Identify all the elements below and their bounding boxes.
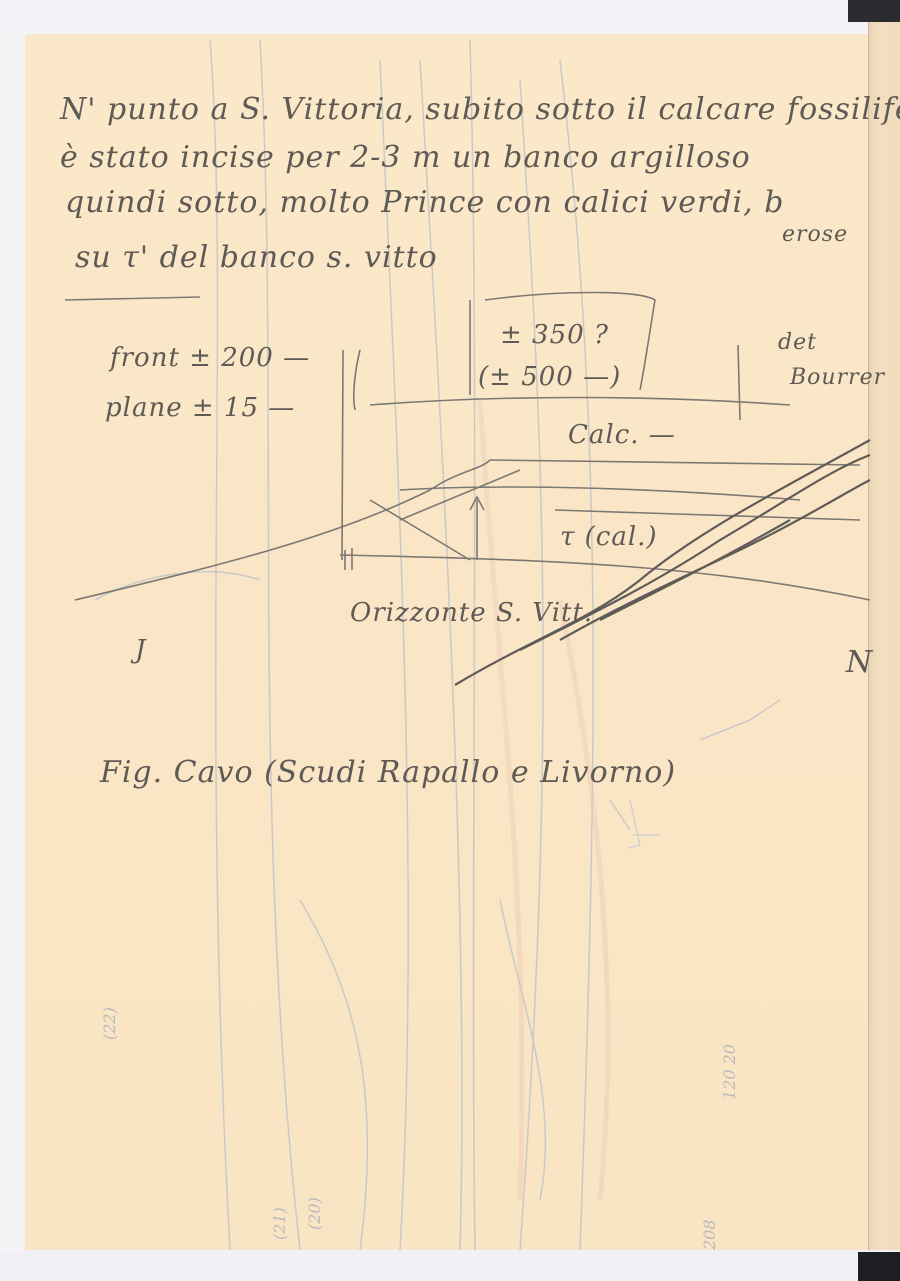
note-line-3: quindi sotto, molto Prince con calici ve… [65, 185, 784, 220]
bleed-through-text-column: 120 20 [720, 900, 739, 1100]
measurement-front: front ± 200 — [110, 343, 310, 373]
note-line-1: N' punto a S. Vittoria, subito sotto il … [60, 92, 900, 127]
sketch-mark-j: J [135, 635, 146, 665]
margin-note-1: det [778, 330, 817, 355]
measurement-plane: plane ± 15 — [105, 393, 295, 423]
measurement-boxed-2: (± 500 —) [478, 362, 621, 392]
bleed-through-text-column: (22) [100, 620, 119, 1040]
figure-caption: Fig. Cavo (Scudi Rapallo e Livorno) [100, 755, 676, 790]
note-line-3b: erose [782, 222, 848, 247]
bleed-through-text-column: (20) [305, 930, 324, 1230]
sketch-label-calcare: Calc. — [568, 420, 676, 450]
measurement-boxed-1: ± 350 ? [500, 320, 609, 350]
notebook-cover-corner-bottom [858, 1252, 900, 1281]
sketch-label-tau: τ (cal.) [560, 522, 658, 552]
sketch-label-bottom: Orizzonte S. Vitt. [350, 598, 593, 628]
scan-background-top [0, 0, 900, 30]
note-line-4: su τ' del banco s. vitto [75, 240, 438, 275]
bleed-through-text-column: 208 [700, 1160, 719, 1250]
bleed-through-text-column: (21) [270, 900, 289, 1240]
scan-background-bottom [0, 1250, 900, 1281]
sketch-mark-n: N [846, 645, 873, 680]
note-line-2: è stato incise per 2-3 m un banco argill… [60, 140, 751, 175]
notebook-cover-corner-top [848, 0, 900, 22]
margin-note-2: Bourrer [790, 365, 885, 390]
adjacent-page-edge [868, 22, 900, 1254]
note-line-1-text: N' punto a S. Vittoria, subito sotto il … [60, 92, 900, 127]
